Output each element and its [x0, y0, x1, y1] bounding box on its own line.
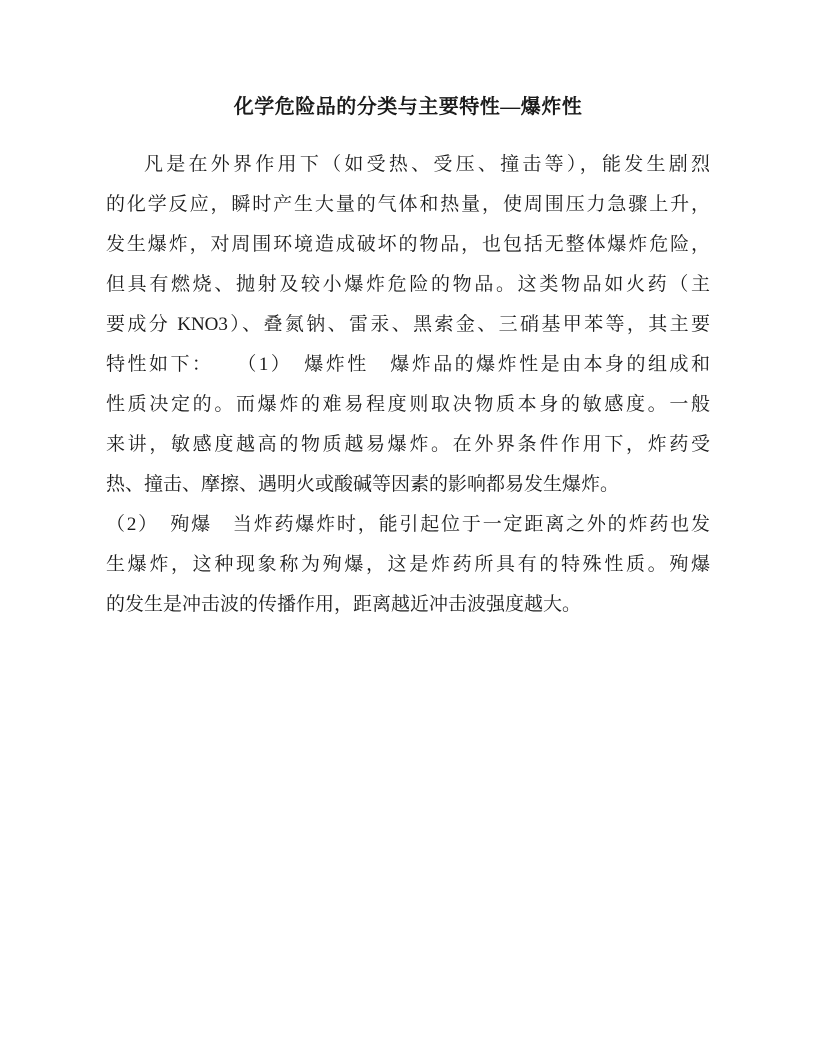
text-line: 生爆炸，这种现象称为殉爆，这是炸药所具有的特殊性质。殉爆	[106, 545, 710, 585]
text-line: 特性如下： （1） 爆炸性 爆炸品的爆炸性是由本身的组成和	[106, 345, 710, 385]
document-page: 化学危险品的分类与主要特性—爆炸性 凡是在外界作用下（如受热、受压、撞击等），能…	[0, 0, 816, 1056]
text-line: 发生爆炸，对周围环境造成破坏的物品，也包括无整体爆炸危险，	[106, 225, 710, 265]
text-line: 凡是在外界作用下（如受热、受压、撞击等），能发生剧烈	[106, 145, 710, 185]
document-title: 化学危险品的分类与主要特性—爆炸性	[106, 94, 710, 120]
text-line: 的化学反应，瞬时产生大量的气体和热量，使周围压力急骤上升，	[106, 185, 710, 225]
text-line: 但具有燃烧、抛射及较小爆炸危险的物品。这类物品如火药（主	[106, 265, 710, 305]
text-line: 热、撞击、摩擦、遇明火或酸碱等因素的影响都易发生爆炸。	[106, 465, 710, 505]
document-body: 凡是在外界作用下（如受热、受压、撞击等），能发生剧烈的化学反应，瞬时产生大量的气…	[106, 145, 710, 625]
text-line: 要成分 KNO3）、叠氮钠、雷汞、黑索金、三硝基甲苯等，其主要	[106, 305, 710, 345]
text-line: 的发生是冲击波的传播作用，距离越近冲击波强度越大。	[106, 585, 710, 625]
text-line: 性质决定的。而爆炸的难易程度则取决物质本身的敏感度。一般	[106, 385, 710, 425]
text-line: 来讲，敏感度越高的物质越易爆炸。在外界条件作用下，炸药受	[106, 425, 710, 465]
text-line: （2） 殉爆 当炸药爆炸时，能引起位于一定距离之外的炸药也发	[106, 505, 710, 545]
paragraph: 凡是在外界作用下（如受热、受压、撞击等），能发生剧烈的化学反应，瞬时产生大量的气…	[106, 145, 710, 505]
paragraph: （2） 殉爆 当炸药爆炸时，能引起位于一定距离之外的炸药也发生爆炸，这种现象称为…	[106, 505, 710, 625]
